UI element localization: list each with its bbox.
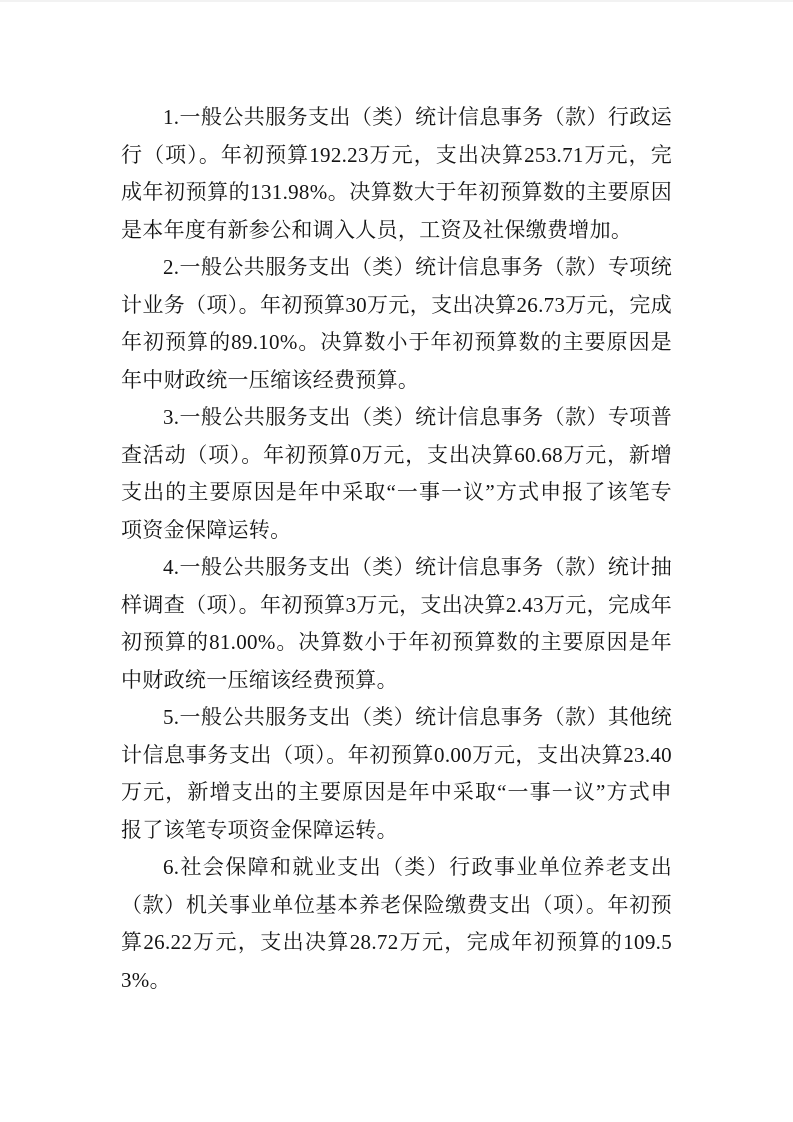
budget-item-paragraph-5: 5.一般公共服务支出（类）统计信息事务（款）其他统计信息事务支出（项）。年初预算… [121,699,672,849]
budget-item-paragraph-1: 1.一般公共服务支出（类）统计信息事务（款）行政运行（项）。年初预算192.23… [121,99,672,249]
document-page: 1.一般公共服务支出（类）统计信息事务（款）行政运行（项）。年初预算192.23… [0,0,793,1122]
budget-item-paragraph-3: 3.一般公共服务支出（类）统计信息事务（款）专项普查活动（项）。年初预算0万元，… [121,399,672,549]
budget-item-paragraph-6: 6.社会保障和就业支出（类）行政事业单位养老支出（款）机关事业单位基本养老保险缴… [121,849,672,999]
budget-item-paragraph-4: 4.一般公共服务支出（类）统计信息事务（款）统计抽样调查（项）。年初预算3万元，… [121,549,672,699]
budget-item-paragraph-2: 2.一般公共服务支出（类）统计信息事务（款）专项统计业务（项）。年初预算30万元… [121,249,672,399]
document-body: 1.一般公共服务支出（类）统计信息事务（款）行政运行（项）。年初预算192.23… [121,0,672,999]
